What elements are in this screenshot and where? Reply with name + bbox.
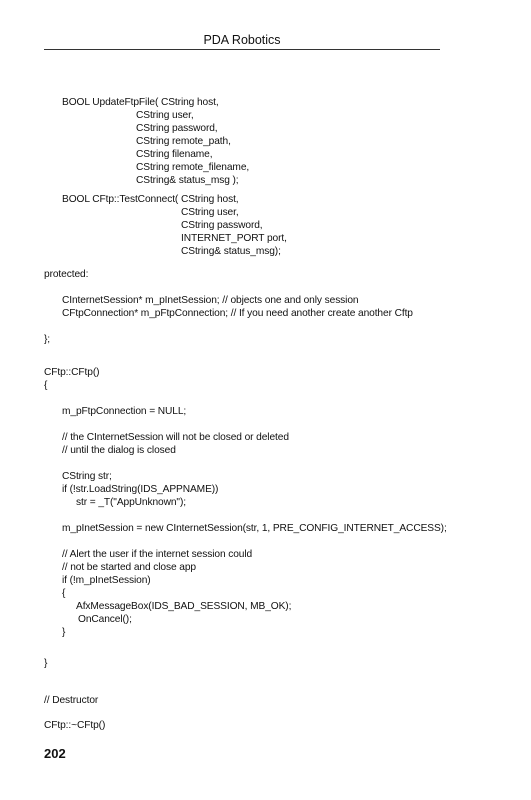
- code-line: CString password,: [181, 219, 263, 232]
- code-line: CString filename,: [136, 148, 212, 161]
- code-line: {: [44, 379, 47, 392]
- code-line: if (!m_pInetSession): [62, 574, 151, 587]
- code-line: // the CInternetSession will not be clos…: [62, 431, 289, 444]
- code-line: // Alert the user if the internet sessio…: [62, 548, 252, 561]
- page-number: 202: [44, 746, 66, 761]
- code-line: INTERNET_PORT port,: [181, 232, 287, 245]
- code-line: CString& status_msg );: [136, 174, 239, 187]
- code-line: CFtpConnection* m_pFtpConnection; // If …: [62, 307, 413, 320]
- code-line: CInternetSession* m_pInetSession; // obj…: [62, 294, 358, 307]
- code-line: BOOL UpdateFtpFile( CString host,: [62, 96, 219, 109]
- code-line: CString user,: [136, 109, 194, 122]
- code-line: };: [44, 333, 50, 346]
- code-line: CString password,: [136, 122, 218, 135]
- code-line: m_pFtpConnection = NULL;: [62, 405, 186, 418]
- running-header: PDA Robotics: [44, 32, 440, 48]
- code-line: {: [62, 587, 65, 600]
- code-line: }: [62, 626, 65, 639]
- code-line: // Destructor: [44, 694, 98, 707]
- code-line: CString remote_path,: [136, 135, 231, 148]
- code-line: OnCancel();: [78, 613, 132, 626]
- code-line: CString user,: [181, 206, 239, 219]
- code-line: protected:: [44, 268, 88, 281]
- header-rule: [44, 49, 440, 50]
- code-line: CString remote_filename,: [136, 161, 249, 174]
- code-line: m_pInetSession = new CInternetSession(st…: [62, 522, 447, 535]
- code-line: CFtp::CFtp(): [44, 366, 99, 379]
- code-line: CString str;: [62, 470, 112, 483]
- code-line: // until the dialog is closed: [62, 444, 176, 457]
- code-line: BOOL CFtp::TestConnect( CString host,: [62, 193, 239, 206]
- running-title: PDA Robotics: [44, 32, 440, 48]
- code-line: CString& status_msg);: [181, 245, 281, 258]
- code-line: str = _T("AppUnknown");: [76, 496, 186, 509]
- code-line: }: [44, 657, 47, 670]
- code-line: // not be started and close app: [62, 561, 196, 574]
- code-line: if (!str.LoadString(IDS_APPNAME)): [62, 483, 218, 496]
- code-line: CFtp::~CFtp(): [44, 719, 105, 732]
- code-line: AfxMessageBox(IDS_BAD_SESSION, MB_OK);: [76, 600, 291, 613]
